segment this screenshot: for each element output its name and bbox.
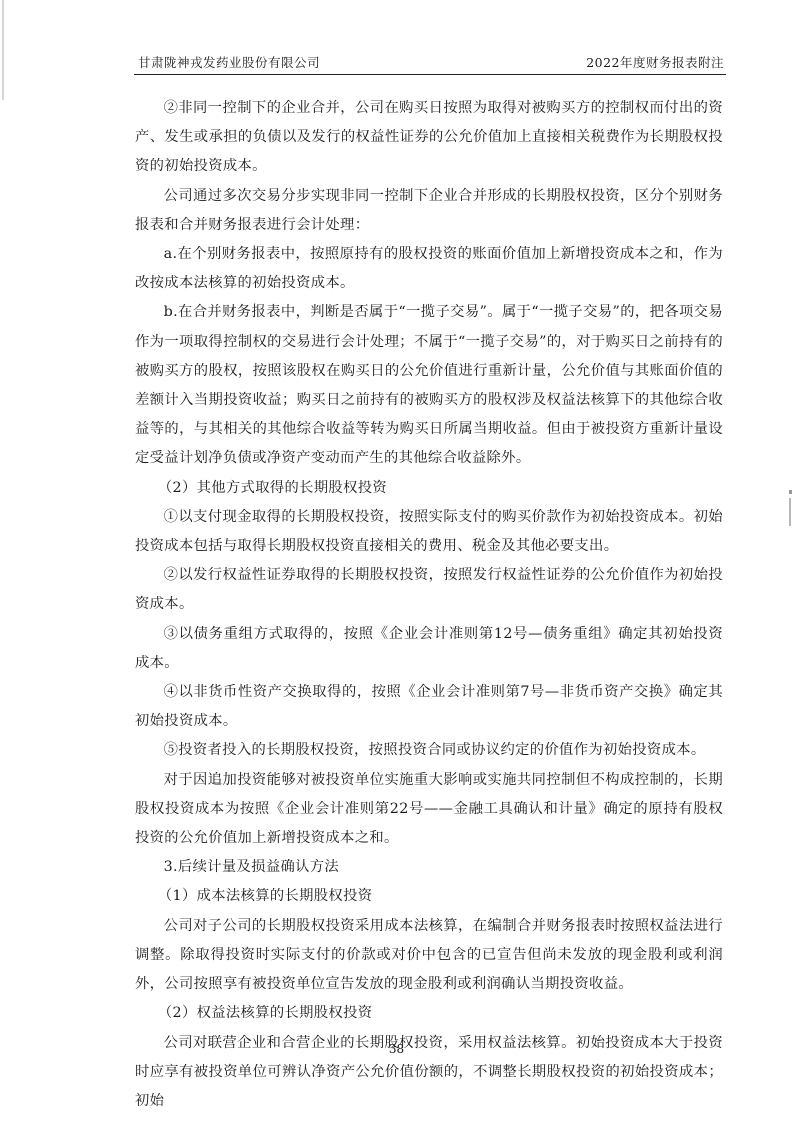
paragraph: ③以债务重组方式取得的，按照《企业会计准则第12号—债务重组》确定其初始投资成本…	[135, 620, 723, 678]
paragraph: a.在个别财务报表中，按照原持有的股权投资的账面价值加上新增投资成本之和，作为改…	[135, 240, 723, 298]
paragraph: ②以发行权益性证券取得的长期股权投资，按照发行权益性证券的公允价值作为初始投资成…	[135, 561, 723, 619]
page-header: 甘肃陇神戎发药业股份有限公司 2022年度财务报表附注	[134, 52, 726, 75]
paragraph: ⑤投资者投入的长期股权投资，按照投资合同或协议约定的价值作为初始投资成本。	[135, 736, 723, 765]
paragraph: 公司对子公司的长期股权投资采用成本法核算，在编制合并财务报表时按照权益法进行调整…	[135, 912, 723, 1000]
page-number: 38	[0, 1042, 793, 1056]
scan-edge-mark	[2, 0, 4, 100]
section-subheading: （2）权益法核算的长期股权投资	[135, 999, 723, 1028]
section-heading: 3.后续计量及损益确认方法	[135, 853, 723, 882]
paragraph: ①以支付现金取得的长期股权投资，按照实际支付的购买价款作为初始投资成本。初始投资…	[135, 503, 723, 561]
company-name: 甘肃陇神戎发药业股份有限公司	[138, 53, 320, 71]
paragraph: ②非同一控制下的企业合并，公司在购买日按照为取得对被购买方的控制权而付出的资产、…	[135, 94, 723, 182]
section-subheading: （1）成本法核算的长期股权投资	[135, 882, 723, 911]
report-title: 2022年度财务报表附注	[586, 53, 724, 71]
section-subheading: （2）其他方式取得的长期股权投资	[135, 474, 723, 503]
scan-artifact	[789, 490, 792, 494]
paragraph: 公司通过多次交易分步实现非同一控制下企业合并形成的长期股权投资，区分个别财务报表…	[135, 182, 723, 240]
paragraph: ④以非货币性资产交换取得的，按照《企业会计准则第7号—非货币资产交换》确定其初始…	[135, 678, 723, 736]
paragraph: b.在合并财务报表中，判断是否属于“一揽子交易”。属于“一揽子交易”的，把各项交…	[135, 298, 723, 473]
scan-artifact	[789, 498, 791, 526]
paragraph: 对于因追加投资能够对被投资单位实施重大影响或实施共同控制但不构成控制的，长期股权…	[135, 766, 723, 854]
document-body: ②非同一控制下的企业合并，公司在购买日按照为取得对被购买方的控制权而付出的资产、…	[135, 94, 723, 1116]
